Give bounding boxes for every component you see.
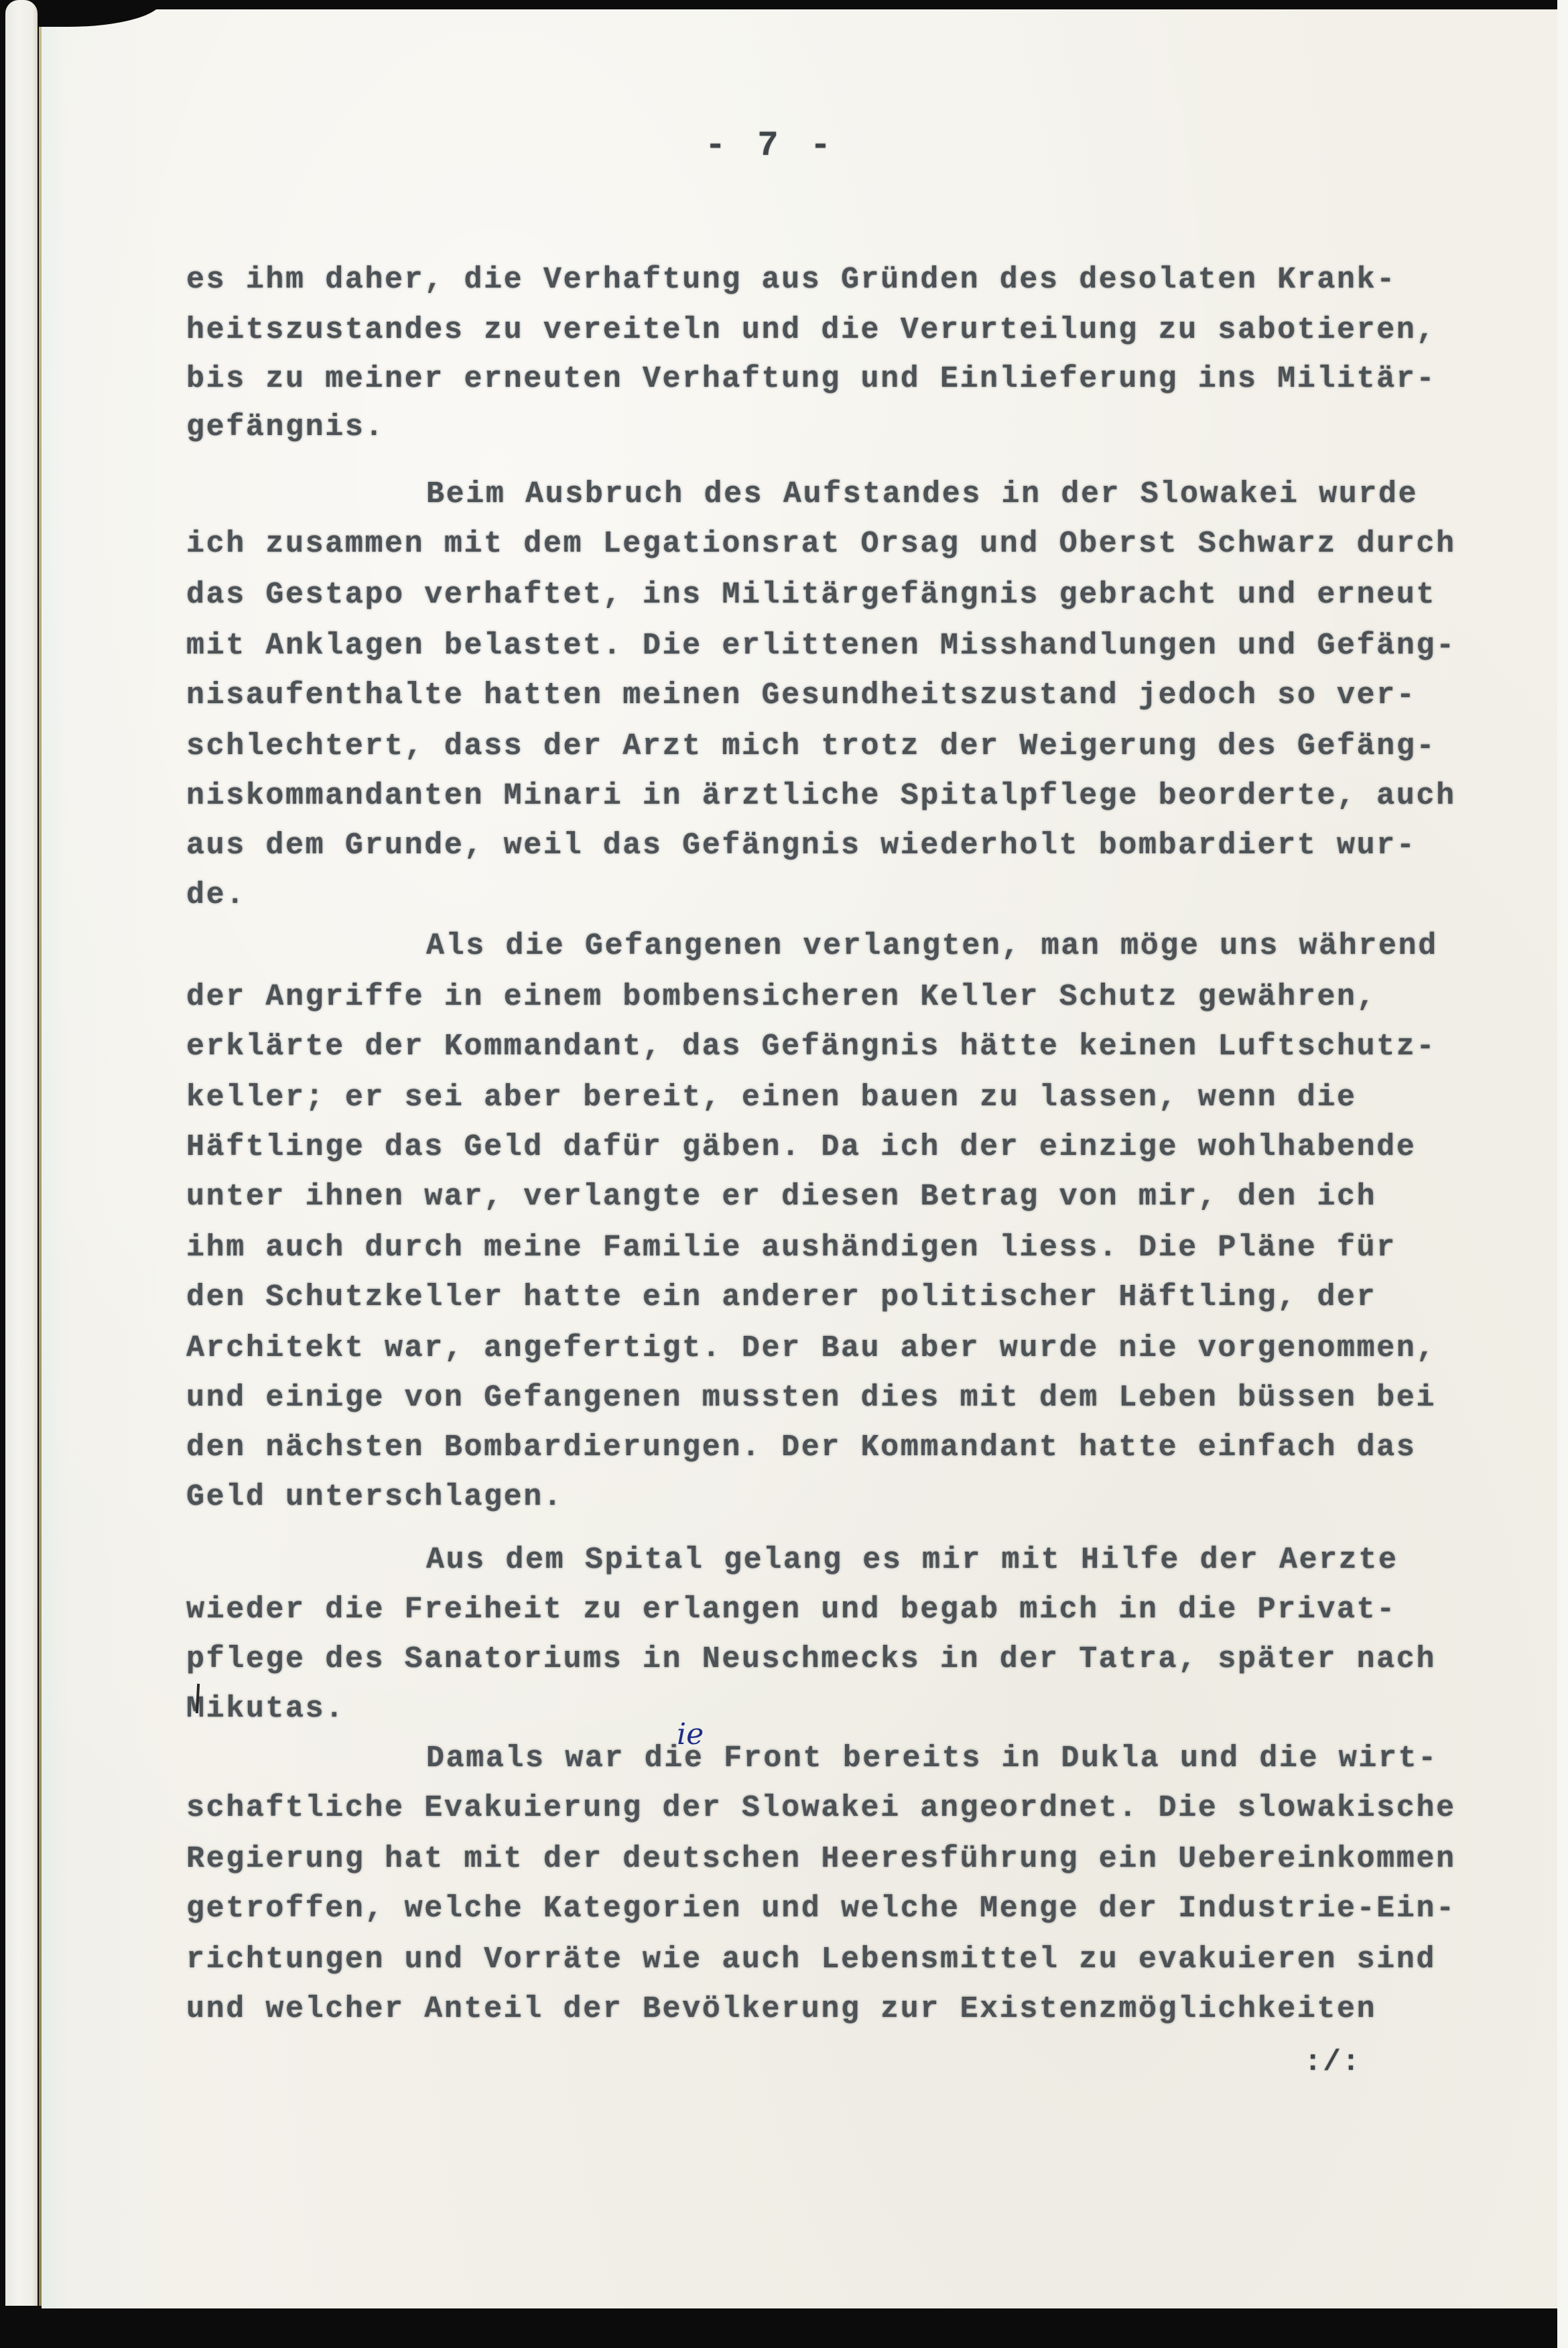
text-line: Regierung hat mit der deutschen Heeresfü… <box>186 1842 1456 1876</box>
text-line: schlechtert, dass der Arzt mich trotz de… <box>186 729 1436 763</box>
text-line: ich zusammen mit dem Legationsrat Orsag … <box>186 527 1456 561</box>
text-line: Damals war die Front bereits in Dukla un… <box>426 1741 1438 1776</box>
text-line: der Angriffe in einem bombensicheren Kel… <box>186 980 1376 1014</box>
text-line: Häftlinge das Geld dafür gäben. Da ich d… <box>186 1130 1416 1164</box>
page-number: - 7 - <box>705 126 836 166</box>
text-line: richtungen und Vorräte wie auch Lebensmi… <box>186 1942 1436 1977</box>
text-line: erklärte der Kommandant, das Gefängnis h… <box>186 1030 1436 1064</box>
text-line: mit Anklagen belastet. Die erlittenen Mi… <box>186 629 1456 663</box>
text-line: niskommandanten Minari in ärztliche Spit… <box>186 779 1456 813</box>
text-line: und welcher Anteil der Bevölkerung zur E… <box>186 1992 1376 2026</box>
text-line: pflege des Sanatoriums in Neuschmecks in… <box>186 1642 1436 1676</box>
text-line: bis zu meiner erneuten Verhaftung und Ei… <box>186 362 1436 396</box>
text-line: Mikutas. <box>186 1692 345 1726</box>
text-line: das Gestapo verhaftet, ins Militärgefäng… <box>186 578 1436 612</box>
text-line: schaftliche Evakuierung der Slowakei ang… <box>186 1791 1456 1825</box>
text-line: gefängnis. <box>186 410 385 444</box>
text-line: den nächsten Bombardierungen. Der Komman… <box>186 1430 1416 1465</box>
text-line: aus dem Grunde, weil das Gefängnis wiede… <box>186 828 1416 863</box>
text-line: den Schutzkeller hatte ein anderer polit… <box>186 1280 1376 1314</box>
text-line: und einige von Gefangenen mussten dies m… <box>186 1381 1436 1415</box>
text-line: Architekt war, angefertigt. Der Bau aber… <box>186 1331 1436 1365</box>
text-line: getroffen, welche Kategorien und welche … <box>186 1892 1456 1926</box>
text-line: Beim Ausbruch des Aufstandes in der Slow… <box>426 477 1418 511</box>
text-line: nisaufenthalte hatten meinen Gesundheits… <box>186 678 1416 713</box>
binding-strip <box>5 0 38 2306</box>
text-line: de. <box>186 878 246 912</box>
text-line: keller; er sei aber bereit, einen bauen … <box>186 1080 1357 1115</box>
text-line: unter ihnen war, verlangte er diesen Bet… <box>186 1180 1376 1214</box>
text-line: heitszustandes zu vereiteln und die Veru… <box>186 313 1436 347</box>
text-line: ihm auch durch meine Familie aushändigen… <box>186 1231 1396 1265</box>
text-line: Aus dem Spital gelang es mir mit Hilfe d… <box>426 1543 1398 1577</box>
handwritten-correction: ie <box>677 1717 704 1751</box>
text-line: wieder die Freiheit zu erlangen und bega… <box>186 1593 1396 1627</box>
text-line: es ihm daher, die Verhaftung aus Gründen… <box>186 263 1396 297</box>
scan-edge <box>1557 0 1568 2348</box>
text-line: Geld unterschlagen. <box>186 1480 563 1514</box>
text-line: Als die Gefangenen verlangten, man möge … <box>426 929 1438 963</box>
continuation-mark: :/: <box>1304 2046 1361 2079</box>
